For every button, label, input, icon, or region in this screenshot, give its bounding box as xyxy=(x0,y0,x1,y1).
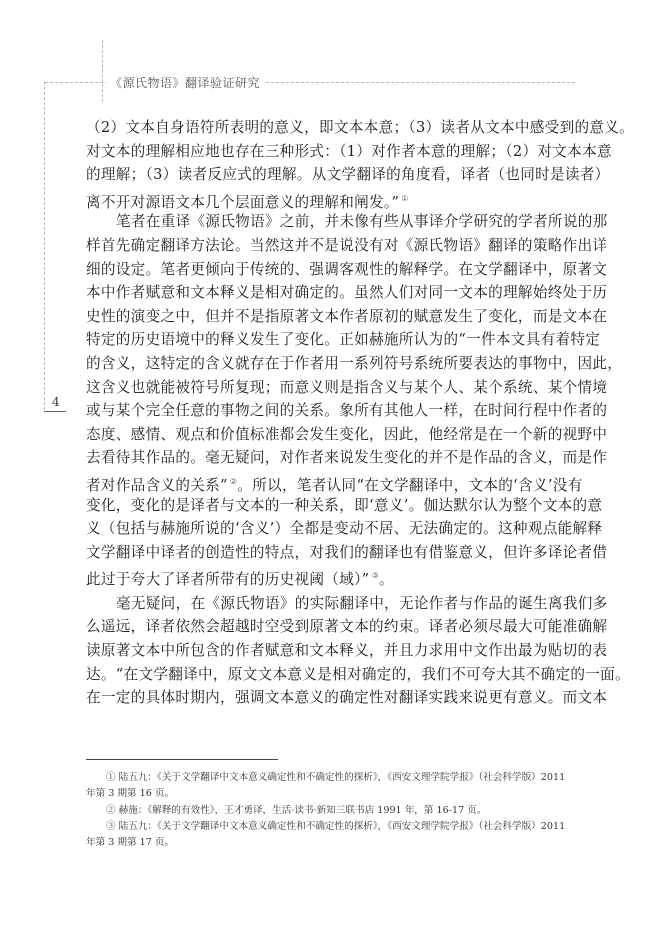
text-line: 本中作者赋意和文本释义是相对确定的。虽然人们对同一文本的理解始终处于历 xyxy=(86,281,590,305)
paragraph-2: 笔者在重译《源氏物语》之前，并未像有些从事译介学研究的学者所说的那 样首先确定翻… xyxy=(86,210,590,588)
text-line: 变化，变化的是译者与文本的一种关系，即‘意义’。伽达默尔认为整个文本的意 xyxy=(86,494,590,518)
text-line: 义（包括与赫施所说的‘含义’）全都是变动不居、无法确定的。这种观点能解释 xyxy=(86,517,590,541)
paragraph-3: 毫无疑问，在《源氏物语》的实际翻译中，无论作者与作品的诞生离我们多 么遥远，译者… xyxy=(86,592,590,710)
text-segment: 离不开对源语文本几个层面意义的理解和阐发。” xyxy=(86,194,399,211)
margin-dotted-line-top xyxy=(102,40,103,102)
text-line: 么遥远，译者依然会超越时空受到原著文本的约束。译者必须尽最大可能准确解 xyxy=(86,615,590,639)
text-line: （2）文本自身语符所表明的意义，即文本本意；（3）读者从文本中感受到的意义。 xyxy=(86,116,590,140)
text-line: 达。“在文学翻译中，原文文本意义是相对确定的，我们不可夸大其不确定的一面。 xyxy=(86,663,590,687)
text-line: 在一定的具体时期内，强调文本意义的确定性对翻译实践来说更有意义。而文本 xyxy=(86,686,590,710)
running-head-title: 《源氏物语》翻译验证研究 xyxy=(106,74,264,91)
text-line: 的理解；（3）读者反应式的理解。从文学翻译的角度看，译者（也同时是读者） xyxy=(86,163,590,187)
footnote-text: 赫施：《解释的有效性》，王才勇译，生活·读书·新知三联书店 1991 年，第 1… xyxy=(119,805,487,816)
text-line: 细的设定。笔者更倾向于传统的、强调客观性的解释学。在文学翻译中，原著文 xyxy=(86,258,590,282)
footnote-ref-3[interactable]: ③ xyxy=(371,571,378,580)
footnotes: ① 陆五九：《关于文学翻译中文本意义确定性和不确定性的探析》，《西安文理学院学报… xyxy=(86,770,590,851)
page-number-underline xyxy=(44,411,66,412)
text-line: 或与某个完全任意的事物之间的关系。象所有其他人一样，在时间行程中作者的 xyxy=(86,399,590,423)
text-segment: 。 xyxy=(379,571,394,588)
footnote-mark: ③ xyxy=(106,821,116,832)
text-line: 对文本的理解相应地也存在三种形式：（1）对作者本意的理解；（2）对文本本意 xyxy=(86,140,590,164)
text-line: 此过于夸大了译者所带有的历史视阈（域）”③。 xyxy=(86,564,590,588)
footnote-mark: ① xyxy=(106,772,116,783)
footnote-text: 陆五九：《关于文学翻译中文本意义确定性和不确定性的探析》，《西安文理学院学报》（… xyxy=(119,772,566,783)
footnote-2: ② 赫施：《解释的有效性》，王才勇译，生活·读书·新知三联书店 1991 年，第… xyxy=(86,803,590,819)
page-number: 4 xyxy=(52,395,60,409)
text-line: 文学翻译中译者的创造性的特点，对我们的翻译也有借鉴意义，但许多译论者借 xyxy=(86,541,590,565)
text-line: 样首先确定翻译方法论。当然这并不是说没有对《源氏物语》翻译的策略作出详 xyxy=(86,234,590,258)
footnote-text: 陆五九：《关于文学翻译中文本意义确定性和不确定性的探析》，《西安文理学院学报》（… xyxy=(119,821,566,832)
text-line: 态度、感情、观点和价值标准都会发生变化，因此，他经常是在一个新的视野中 xyxy=(86,423,590,447)
text-line: 去看待其作品的。毫无疑问，对作者来说发生变化的并不是作品的含义，而是作 xyxy=(86,446,590,470)
text-segment: 者对作品含义的关系” xyxy=(86,477,228,494)
text-segment: 。所以，笔者认同“在文学翻译中，文本的‘含义’没有 xyxy=(237,477,582,494)
footnote-1: ① 陆五九：《关于文学翻译中文本意义确定性和不确定性的探析》，《西安文理学院学报… xyxy=(86,770,590,786)
footnote-3-cont: 年第 3 期第 17 页。 xyxy=(86,835,590,851)
margin-dotted-line-left xyxy=(44,82,45,410)
text-line: 特定的历史语境中的释义发生了变化。正如赫施所认为的“一件本文具有着特定 xyxy=(86,328,590,352)
footnote-separator xyxy=(86,759,278,760)
text-line: 这含义也就能被符号所复现；而意义则是指含义与某个人、某个系统、某个情境 xyxy=(86,376,590,400)
text-line: 笔者在重译《源氏物语》之前，并未像有些从事译介学研究的学者所说的那 xyxy=(86,210,590,234)
text-line: 史性的演变之中，但并不是指原著文本作者原初的赋意发生了变化，而是文本在 xyxy=(86,305,590,329)
footnote-ref-1[interactable]: ① xyxy=(401,194,408,203)
text-line: 离不开对源语文本几个层面意义的理解和阐发。”① xyxy=(86,187,590,211)
text-segment: 此过于夸大了译者所带有的历史视阈（域）” xyxy=(86,571,369,588)
text-line: 读原著文本中所包含的作者赋意和文本释义，并且力求用中文作出最为贴切的表 xyxy=(86,639,590,663)
paragraph-1: （2）文本自身语符所表明的意义，即文本本意；（3）读者从文本中感受到的意义。 对… xyxy=(86,116,590,210)
body-text: （2）文本自身语符所表明的意义，即文本本意；（3）读者从文本中感受到的意义。 对… xyxy=(86,116,590,710)
text-line: 者对作品含义的关系”②。所以，笔者认同“在文学翻译中，文本的‘含义’没有 xyxy=(86,470,590,494)
footnote-mark: ② xyxy=(106,805,116,816)
text-line: 的含义，这特定的含义就存在于作者用一系列符号系统所要表达的事物中，因此， xyxy=(86,352,590,376)
text-line: 毫无疑问，在《源氏物语》的实际翻译中，无论作者与作品的诞生离我们多 xyxy=(86,592,590,616)
footnote-3: ③ 陆五九：《关于文学翻译中文本意义确定性和不确定性的探析》，《西安文理学院学报… xyxy=(86,819,590,835)
footnote-1-cont: 年第 3 期第 16 页。 xyxy=(86,786,590,802)
